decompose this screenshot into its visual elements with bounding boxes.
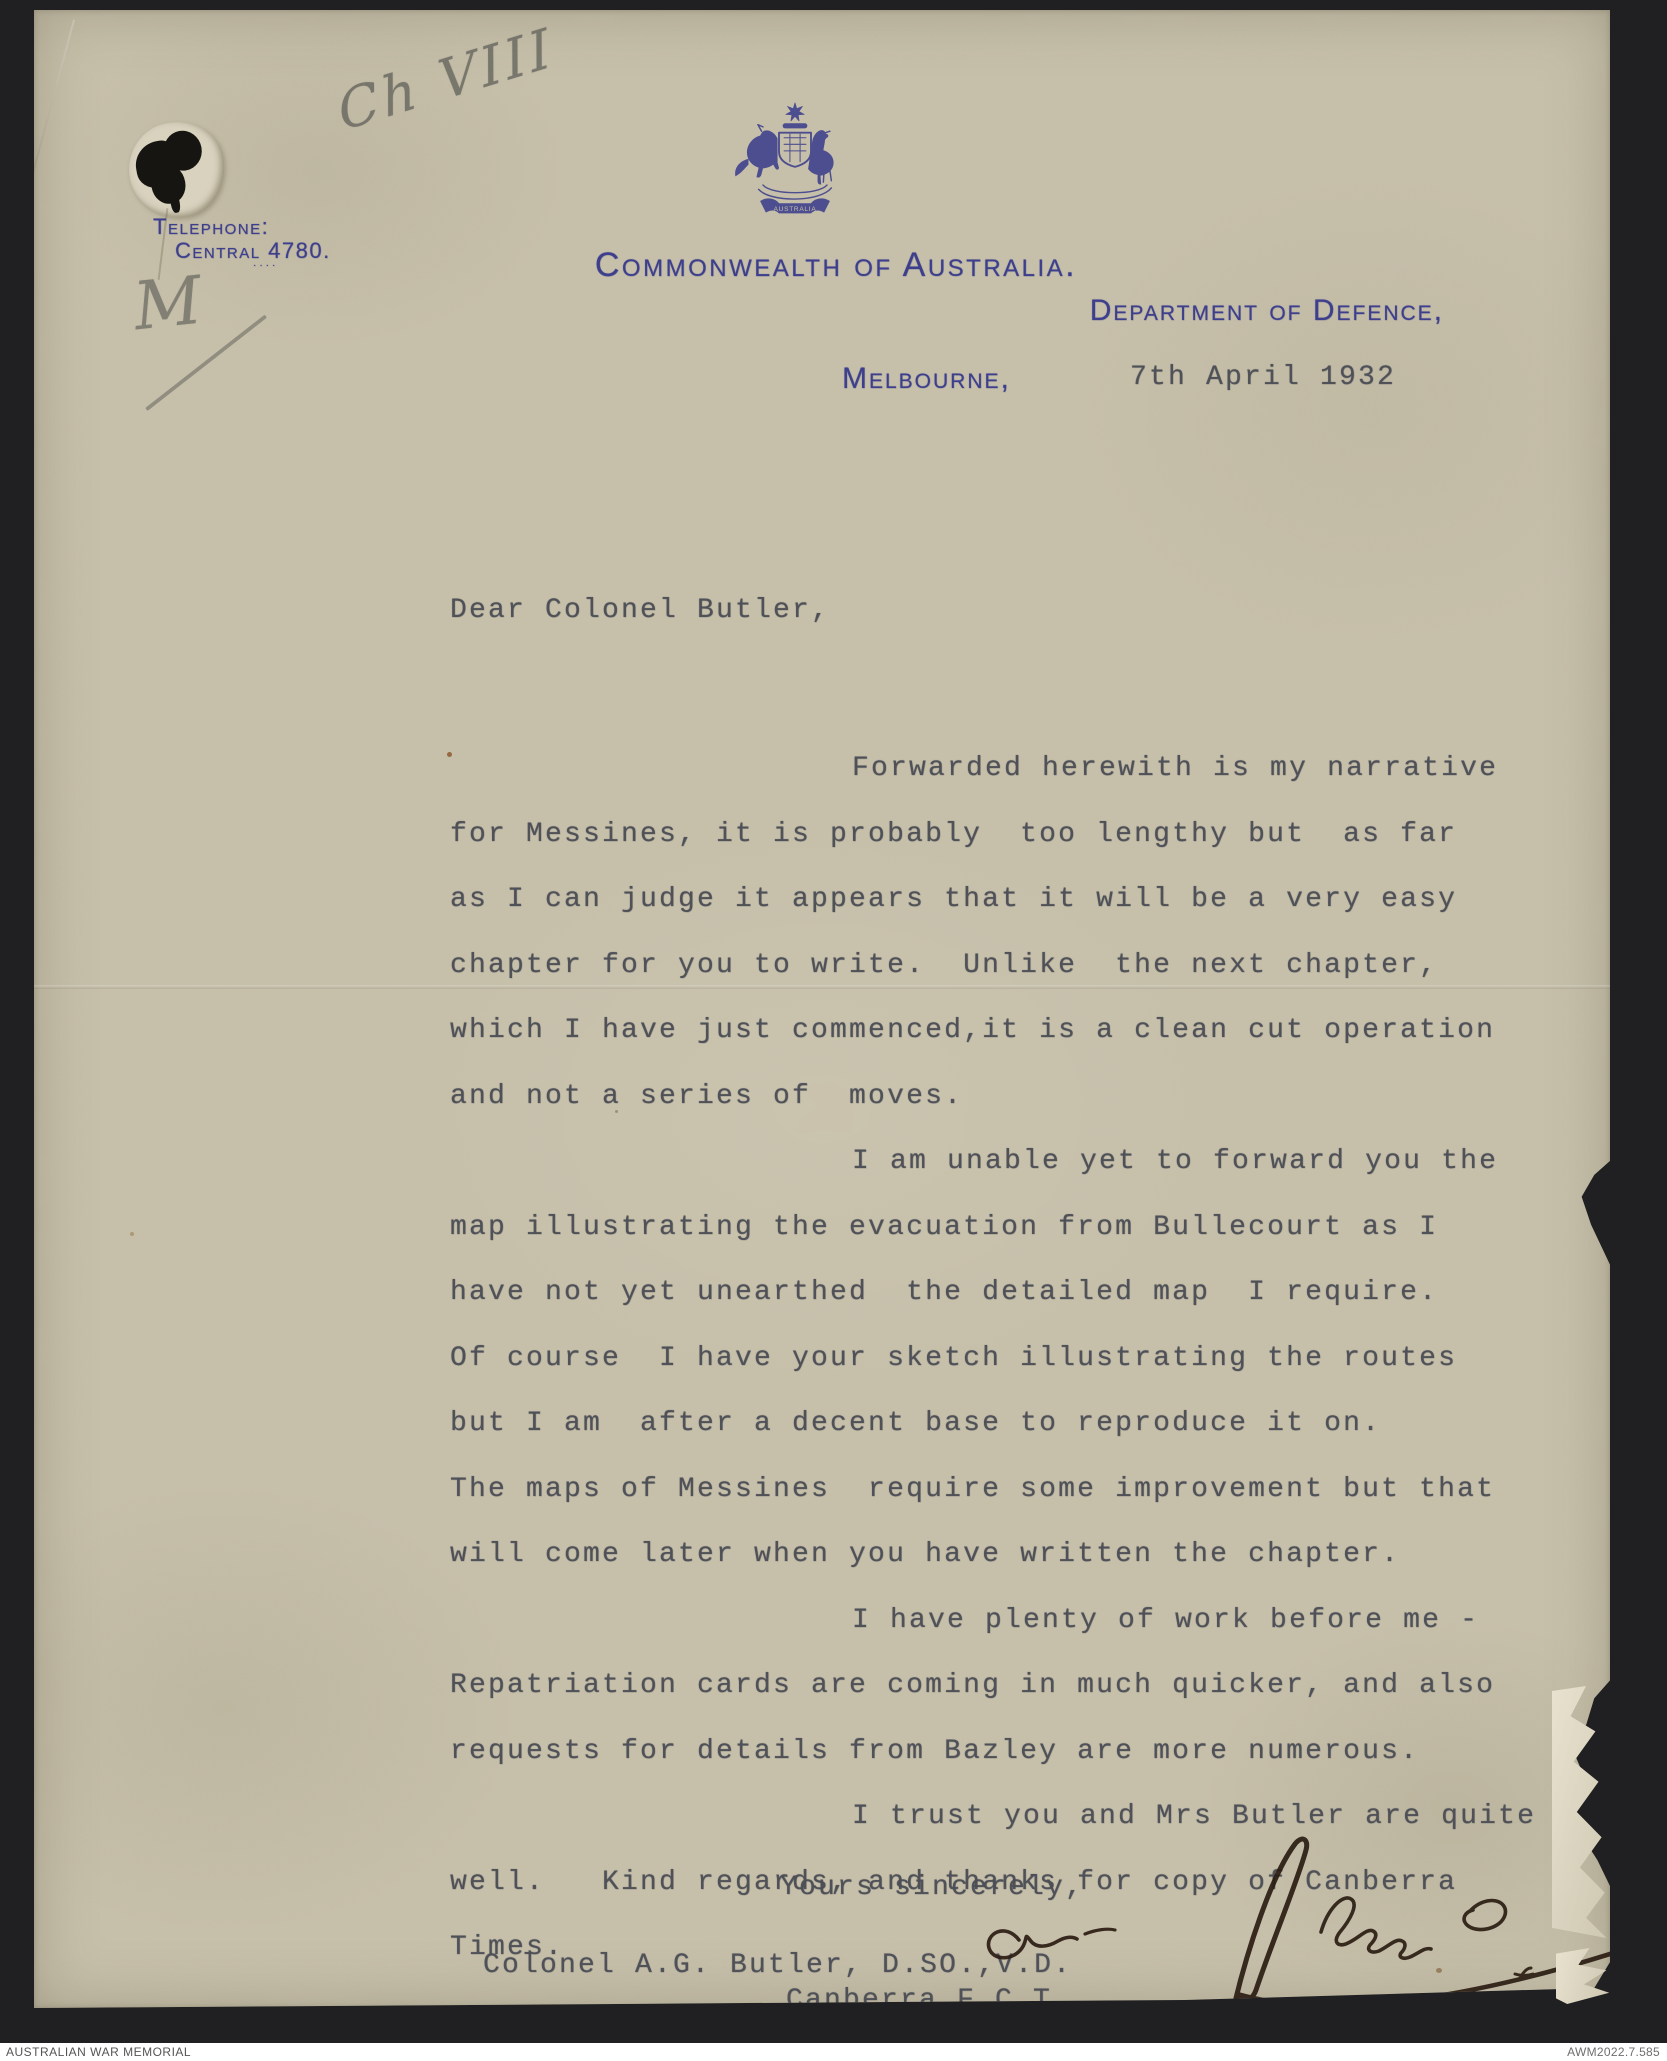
letterhead-place: Melbourne,: [842, 362, 1011, 396]
typed-line: and not a series of moves.: [450, 1081, 1580, 1147]
coat-of-arms-icon: AUSTRALIA: [715, 100, 875, 225]
typed-line: as I can judge it appears that it will b…: [450, 884, 1580, 950]
corner-crease: [34, 19, 75, 172]
pencil-annotation-margin: M: [130, 262, 205, 346]
typed-line: will come later when you have written th…: [450, 1539, 1580, 1605]
telephone-label: Telephone:: [153, 215, 331, 239]
pencil-annotation-chapter: Ch VIII: [333, 16, 560, 144]
typed-line: for Messines, it is probably too lengthy…: [450, 819, 1580, 885]
rust-speck: [130, 1232, 134, 1236]
letter-document: Ch VIII M Telephone: Central 4780. ····: [34, 10, 1610, 2008]
archive-accession-label: AWM2022.7.585: [1567, 2043, 1660, 2061]
typed-line: have not yet unearthed the detailed map …: [450, 1277, 1580, 1343]
archive-footer-bar: AUSTRALIAN WAR MEMORIAL AWM2022.7.585: [0, 2043, 1667, 2061]
letterhead-organisation: Commonwealth of Australia.: [595, 246, 1077, 285]
letterhead-department: Department of Defence,: [1090, 294, 1444, 328]
letterhead-dots: ····: [253, 263, 331, 269]
typed-line: Of course I have your sketch illustratin…: [450, 1343, 1580, 1409]
salutation-line: Dear Colonel Butler,: [450, 595, 830, 627]
typed-line: but I am after a decent base to reproduc…: [450, 1408, 1580, 1474]
typed-line: I have plenty of work before me -: [450, 1605, 1580, 1671]
typed-line: chapter for you to write. Unlike the nex…: [450, 950, 1580, 1016]
letterhead-telephone: Telephone: Central 4780. ····: [153, 215, 331, 269]
signature-scrawl: [985, 1832, 1610, 2008]
archive-institution-label: AUSTRALIAN WAR MEMORIAL: [6, 2043, 191, 2061]
typed-line: Repatriation cards are coming in much qu…: [450, 1670, 1580, 1736]
typed-line: Forwarded herewith is my narrative: [450, 753, 1580, 819]
typed-line: which I have just commenced,it is a clea…: [450, 1015, 1580, 1081]
letter-body: Forwarded herewith is my narrativefor Me…: [450, 660, 1580, 1998]
typed-line: I am unable yet to forward you the: [450, 1146, 1580, 1212]
typed-line: The maps of Messines require some improv…: [450, 1474, 1580, 1540]
paper-hole: [121, 114, 232, 225]
scanned-letter-page: Ch VIII M Telephone: Central 4780. ····: [0, 0, 1667, 2061]
typed-line: map illustrating the evacuation from Bul…: [450, 1212, 1580, 1278]
typed-line: requests for details from Bazley are mor…: [450, 1736, 1580, 1802]
recipient-name: Colonel A.G. Butler, D.SO.,V.D.: [483, 1950, 1072, 1982]
typed-date: 7th April 1932: [1130, 362, 1396, 393]
svg-text:AUSTRALIA: AUSTRALIA: [774, 206, 817, 213]
